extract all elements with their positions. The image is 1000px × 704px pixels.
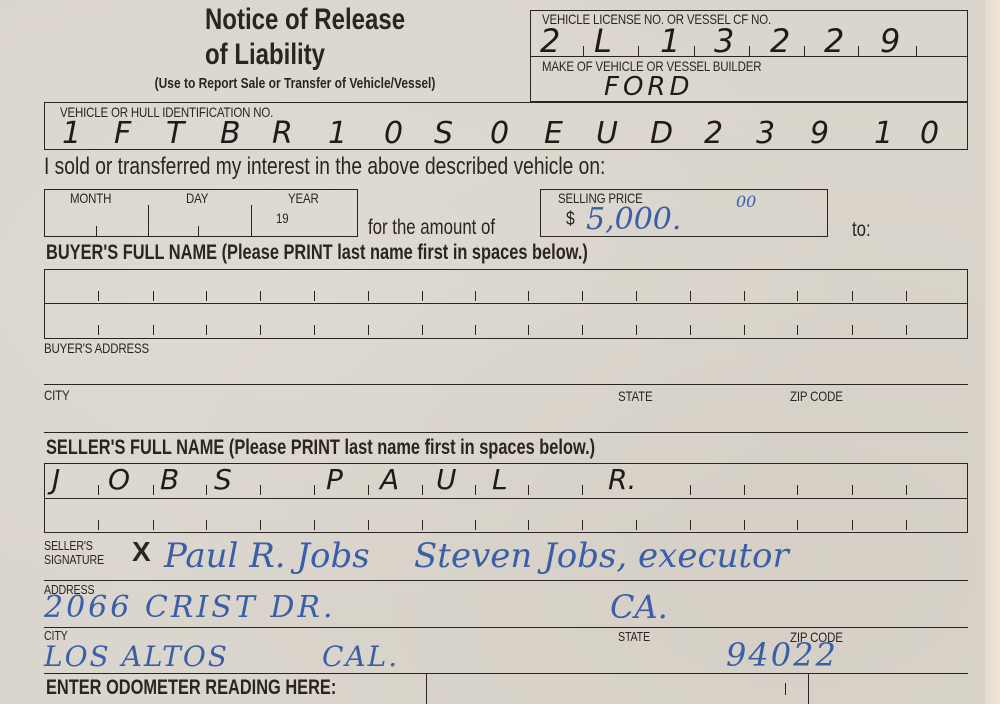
- tick: [797, 485, 798, 495]
- tick: [858, 46, 859, 56]
- tick: [583, 46, 584, 56]
- seller-name-char: U: [436, 463, 457, 496]
- tick: [153, 325, 154, 335]
- tick: [906, 325, 907, 335]
- tick: [804, 46, 805, 56]
- seller-signature-field[interactable]: Paul R. Jobs Steven Jobs, executor: [160, 528, 968, 580]
- tick: [422, 485, 423, 495]
- tick: [475, 325, 476, 335]
- vin-char: E: [544, 116, 563, 151]
- tick: [582, 325, 583, 335]
- day-field[interactable]: [150, 205, 250, 235]
- tick: [528, 291, 529, 301]
- vin-char: 1: [874, 116, 893, 151]
- buyer-state-label: STATE: [618, 389, 652, 403]
- vin-char: U: [596, 116, 618, 151]
- form-subtitle: (Use to Report Sale or Transfer of Vehic…: [107, 76, 483, 92]
- seller-name-char: S: [214, 463, 232, 496]
- vin-char: 0: [384, 116, 403, 151]
- tick: [690, 485, 691, 495]
- vin-char: 2: [704, 116, 723, 151]
- tick: [206, 485, 207, 495]
- form-title-line1: Notice of Release: [133, 5, 477, 35]
- tick: [744, 325, 745, 335]
- seller-address-field[interactable]: 2066 CRIST DR. CA.: [44, 586, 968, 626]
- to-text: to:: [852, 218, 871, 242]
- license-char: 2: [770, 22, 790, 60]
- tick: [368, 291, 369, 301]
- buyer-name-line1-field[interactable]: [46, 271, 966, 303]
- vin-char: 1: [62, 116, 81, 151]
- vin-char: 9: [810, 116, 829, 151]
- vin-char: D: [650, 116, 673, 151]
- seller-name-char: B: [160, 463, 179, 496]
- seller-name-char: J: [52, 463, 60, 496]
- odometer-label: ENTER ODOMETER READING HERE:: [46, 677, 336, 699]
- month-label: MONTH: [70, 191, 111, 205]
- license-number-field[interactable]: 2 L 1 3 2 2 9: [532, 24, 966, 56]
- tick: [153, 520, 154, 530]
- day-label: DAY: [186, 191, 208, 205]
- buyer-name-heading: BUYER'S FULL NAME (Please PRINT last nam…: [46, 242, 588, 264]
- currency-symbol: $: [566, 213, 575, 227]
- tick: [314, 291, 315, 301]
- license-char: 2: [824, 22, 844, 60]
- seller-city-value: LOS ALTOS: [44, 640, 229, 673]
- vin-char: T: [166, 116, 184, 151]
- divider: [44, 580, 968, 581]
- tick: [749, 46, 750, 56]
- seller-state-value: CAL.: [322, 640, 399, 673]
- tick: [690, 325, 691, 335]
- tick: [582, 485, 583, 495]
- form-title-line2: of Liability: [125, 40, 405, 70]
- buyer-city-label: CITY: [44, 388, 69, 402]
- tick: [638, 46, 639, 56]
- seller-name-char: L: [492, 463, 508, 496]
- signature-label-2: SIGNATURE: [44, 553, 104, 566]
- seller-name-char: P: [326, 463, 343, 496]
- vin-char: 0: [490, 116, 509, 151]
- seller-zip-field[interactable]: 94022: [720, 636, 968, 674]
- seller-address-state-note: CA.: [610, 588, 668, 626]
- buyer-zip-field[interactable]: [784, 402, 968, 430]
- tick: [636, 291, 637, 301]
- vin-field[interactable]: 1 F T B R 1 0 S 0 E U D 2 3 9 1 0: [44, 116, 968, 150]
- tick: [744, 291, 745, 301]
- tick: [153, 485, 154, 495]
- vin-char: S: [434, 116, 453, 151]
- tick: [260, 325, 261, 335]
- tick: [797, 325, 798, 335]
- odometer-field[interactable]: [428, 675, 806, 704]
- seller-name-char: O: [108, 463, 130, 496]
- tick: [797, 291, 798, 301]
- divider: [44, 384, 968, 385]
- vin-char: 1: [328, 116, 347, 151]
- paper-edge: [985, 0, 1000, 704]
- seller-zip-value: 94022: [726, 636, 838, 674]
- make-value: FORD: [604, 72, 694, 102]
- license-char: 2: [540, 22, 560, 60]
- tick: [852, 325, 853, 335]
- tick: [582, 291, 583, 301]
- price-cents: 00: [736, 192, 756, 211]
- license-char: L: [594, 22, 612, 60]
- tick: [422, 291, 423, 301]
- buyer-zip-label: ZIP CODE: [790, 389, 843, 403]
- tick: [260, 291, 261, 301]
- tick: [98, 291, 99, 301]
- seller-address-value: 2066 CRIST DR.: [44, 590, 336, 625]
- tick: [690, 291, 691, 301]
- tick: [98, 520, 99, 530]
- tick: [475, 291, 476, 301]
- tick: [260, 485, 261, 495]
- buyer-name-line2-field[interactable]: [46, 305, 966, 337]
- seller-name-char: A: [380, 463, 399, 496]
- buyer-city-field[interactable]: [44, 402, 604, 430]
- month-field[interactable]: [46, 205, 146, 235]
- make-label: MAKE OF VEHICLE OR VESSEL BUILDER: [542, 59, 761, 73]
- seller-name-char: R.: [608, 463, 636, 496]
- odometer-box-left: [426, 673, 427, 704]
- vin-char: R: [272, 116, 293, 151]
- tick: [98, 325, 99, 335]
- tick: [852, 291, 853, 301]
- buyer-address-label: BUYER'S ADDRESS: [44, 341, 149, 355]
- vin-char: F: [114, 116, 131, 151]
- tick: [314, 485, 315, 495]
- divider: [44, 673, 968, 674]
- seller-signature: Paul R. Jobs: [164, 536, 370, 576]
- license-char: 3: [714, 22, 734, 60]
- tick: [528, 485, 529, 495]
- tick: [694, 46, 695, 56]
- tick: [528, 325, 529, 335]
- tick: [206, 291, 207, 301]
- signature-x-mark: X: [132, 538, 151, 566]
- seller-name-line1-field[interactable]: J O B S P A U L R.: [46, 465, 966, 497]
- amount-text: for the amount of: [368, 216, 495, 240]
- tick: [314, 325, 315, 335]
- odometer-box-right: [808, 673, 809, 704]
- tick: [636, 325, 637, 335]
- tick: [744, 485, 745, 495]
- tick: [906, 291, 907, 301]
- divider: [44, 627, 968, 628]
- executor-signature: Steven Jobs, executor: [414, 536, 789, 576]
- tick: [852, 485, 853, 495]
- seller-city-field[interactable]: LOS ALTOS CAL.: [44, 640, 604, 674]
- vin-char: 3: [756, 116, 775, 151]
- license-char: 9: [880, 22, 900, 60]
- license-char: 1: [660, 22, 680, 60]
- seller-name-heading: SELLER'S FULL NAME (Please PRINT last na…: [46, 437, 595, 459]
- date-divider: [148, 205, 149, 237]
- divider: [44, 303, 968, 304]
- signature-label-1: SELLER'S: [44, 539, 93, 552]
- tick: [916, 46, 917, 56]
- tick: [906, 485, 907, 495]
- tick: [422, 325, 423, 335]
- date-divider: [251, 205, 252, 237]
- tick: [98, 485, 99, 495]
- selling-price-field[interactable]: 5,000. 00: [582, 200, 822, 236]
- vin-char: 0: [920, 116, 939, 151]
- price-value: 5,000.: [586, 202, 681, 237]
- tick: [368, 485, 369, 495]
- tick: [206, 325, 207, 335]
- tick: [368, 325, 369, 335]
- divider: [44, 432, 968, 433]
- sale-statement: I sold or transferred my interest in the…: [44, 155, 605, 179]
- tick: [475, 485, 476, 495]
- buyer-address-field[interactable]: [44, 355, 968, 383]
- buyer-state-field[interactable]: [610, 402, 780, 430]
- year-label: YEAR: [288, 191, 319, 205]
- tick: [153, 291, 154, 301]
- make-field[interactable]: FORD: [532, 72, 966, 102]
- vin-char: B: [220, 116, 241, 151]
- divider: [44, 498, 968, 499]
- year-field[interactable]: [253, 205, 356, 235]
